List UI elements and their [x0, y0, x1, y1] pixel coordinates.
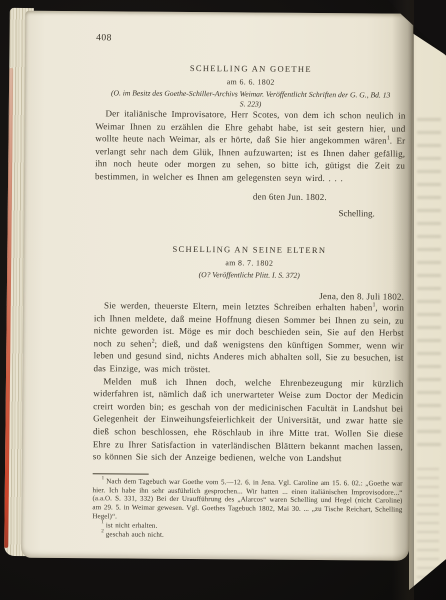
footnote-item: 2geschah auch nicht.	[92, 530, 402, 541]
footnote-text: Nach dem Tagebuch war Goethe vom 5.—12. …	[92, 477, 402, 520]
letter2-heading: SCHELLING AN SEINE ELTERN am 8. 7. 1802 …	[94, 243, 404, 281]
footnote-text: ist nicht erhalten.	[106, 521, 158, 529]
footnote-marker: 1	[101, 521, 104, 526]
letter1-closing-date: den 6ten Jun. 1802.	[95, 190, 405, 202]
text-block: 408 SCHELLING AN GOETHE am 6. 6. 1802 (O…	[92, 33, 406, 541]
footnote-item: 1Nach dem Tagebuch war Goethe vom 5.—12.…	[92, 477, 402, 523]
footnote-separator-rule	[93, 473, 149, 474]
letter1-date: am 6. 6. 1802	[96, 76, 406, 87]
letter1-title: SCHELLING AN GOETHE	[96, 62, 406, 74]
facing-page-recto	[409, 28, 446, 593]
book-page-verso: 408 SCHELLING AN GOETHE am 6. 6. 1802 (O…	[21, 11, 413, 561]
letter2-source-note: (O? Veröffentlicht Plitt. I. S. 372)	[106, 269, 392, 281]
facing-page-showthrough-footnotes	[417, 468, 439, 578]
letter2-paragraph-1: Sie werden, theuerste Eltern, mein letzt…	[93, 299, 404, 377]
letter1-heading: SCHELLING AN GOETHE am 6. 6. 1802 (O. im…	[96, 62, 406, 109]
footnote-marker: 2	[101, 530, 104, 535]
footnote-text: geschah auch nicht.	[106, 530, 164, 538]
footnotes-block: 1Nach dem Tagebuch war Goethe vom 5.—12.…	[92, 477, 402, 541]
gutter-shadow	[392, 0, 414, 600]
letter2-para1-text-1: Sie werden, theuerste Eltern, mein letzt…	[104, 300, 373, 312]
book-scan: 408 SCHELLING AN GOETHE am 6. 6. 1802 (O…	[0, 0, 446, 600]
letter2-date: am 8. 7. 1802	[94, 257, 404, 268]
facing-page-showthrough-text	[417, 118, 441, 448]
red-page-edge	[4, 68, 13, 548]
letter1-body-text-1: Der italiänische Improvisatore, Herr Sco…	[95, 108, 405, 145]
page-number: 408	[96, 33, 406, 45]
letter1-body: Der italiänische Improvisatore, Herr Sco…	[95, 107, 406, 185]
letter1-signature: Schelling.	[95, 206, 405, 218]
letter2-paragraph-2: Melden muß ich Ihnen doch, welche Ehrenb…	[93, 375, 404, 466]
footnote-marker: 1	[102, 477, 105, 482]
letter1-source-note: (O. im Besitz des Goethe-Schiller-Archiv…	[108, 88, 394, 109]
letter2-title: SCHELLING AN SEINE ELTERN	[94, 243, 404, 255]
